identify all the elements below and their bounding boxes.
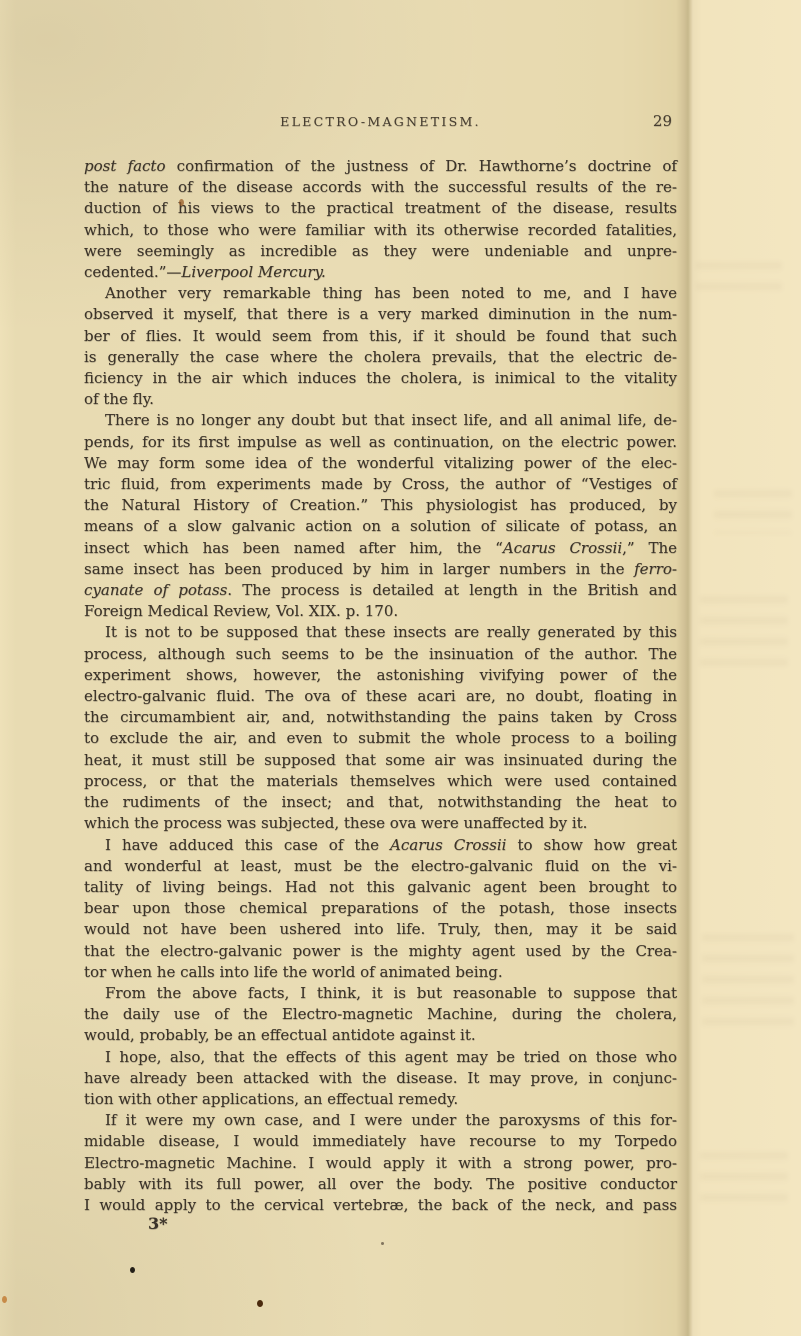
running-header-title: ELECTRO-MAGNETISM. — [84, 114, 677, 129]
text-line: the rudiments of the insect; and that, n… — [84, 792, 677, 813]
text-line: that the electro-galvanic power is the m… — [84, 941, 677, 962]
ink-speck — [2, 1296, 7, 1303]
text-line: midable disease, I would immediately hav… — [84, 1131, 677, 1152]
signature-mark: 3* — [148, 1214, 168, 1233]
text-line: would not have been ushered into life. T… — [84, 919, 677, 940]
text-line: experiment shows, however, the astonishi… — [84, 665, 677, 686]
text-line: which, to those who were familiar with i… — [84, 220, 677, 241]
text-line: Another very remarkable thing has been n… — [84, 283, 677, 304]
text-line: would, probably, be an effectual antidot… — [84, 1025, 677, 1046]
page-number: 29 — [653, 112, 672, 130]
text-line: If it were my own case, and I were under… — [84, 1110, 677, 1131]
text-line: I hope, also, that the effects of this a… — [84, 1047, 677, 1068]
text-line: ficiency in the air which induces the ch… — [84, 368, 677, 389]
bleedthrough-ghost — [700, 596, 788, 666]
text-line: electro-galvanic fluid. The ova of these… — [84, 686, 677, 707]
text-line: heat, it must still be supposed that som… — [84, 750, 677, 771]
text-line: the Natural History of Creation.” This p… — [84, 495, 677, 516]
text-line: the circumambient air, and, notwithstand… — [84, 707, 677, 728]
text-line: I have adduced this case of the Acarus C… — [84, 835, 677, 856]
bleedthrough-ghost — [700, 1152, 788, 1210]
text-line: same insect has been produced by him in … — [84, 559, 677, 580]
text-line: the nature of the disease accords with t… — [84, 177, 677, 198]
text-line: were seemingly as incredible as they wer… — [84, 241, 677, 262]
text-line: tality of living beings. Had not this ga… — [84, 877, 677, 898]
ink-speck — [130, 1267, 135, 1273]
text-line: cedented.”—Liverpool Mercury. — [84, 262, 677, 283]
text-line: ber of flies. It would seem from this, i… — [84, 326, 677, 347]
text-line: means of a slow galvanic action on a sol… — [84, 516, 677, 537]
paragraph: I have adduced this case of the Acarus C… — [84, 835, 677, 983]
text-line: post facto confirmation of the justness … — [84, 156, 677, 177]
text-line: Foreign Medical Review, Vol. XIX. p. 170… — [84, 601, 677, 622]
text-line: have already been attacked with the dise… — [84, 1068, 677, 1089]
text-line: tion with other applications, an effectu… — [84, 1089, 677, 1110]
book-page-scan: ELECTRO-MAGNETISM. 29 post facto confirm… — [0, 0, 801, 1336]
ink-speck — [381, 1242, 384, 1245]
running-header: ELECTRO-MAGNETISM. 29 — [84, 112, 677, 134]
ink-speck — [257, 1300, 263, 1307]
text-line: I would apply to the cervical vertebræ, … — [84, 1195, 677, 1216]
bleedthrough-ghost — [696, 262, 782, 292]
paragraph: There is no longer any doubt but that in… — [84, 410, 677, 622]
bleedthrough-ghost — [702, 934, 794, 1032]
text-line: insect which has been named after him, t… — [84, 538, 677, 559]
text-line: pends, for its first impulse as well as … — [84, 432, 677, 453]
text-line: to exclude the air, and even to submit t… — [84, 728, 677, 749]
text-line: Electro-magnetic Machine. I would apply … — [84, 1153, 677, 1174]
ink-speck — [179, 199, 184, 206]
text-line: bear upon those chemical preparations of… — [84, 898, 677, 919]
text-line: It is not to be supposed that these inse… — [84, 622, 677, 643]
text-line: From the above facts, I think, it is but… — [84, 983, 677, 1004]
text-line: observed it myself, that there is a very… — [84, 304, 677, 325]
text-line: and wonderful at least, must be the elec… — [84, 856, 677, 877]
text-line: of the fly. — [84, 389, 677, 410]
text-line: There is no longer any doubt but that in… — [84, 410, 677, 431]
paragraph: I hope, also, that the effects of this a… — [84, 1047, 677, 1111]
page-body: post facto confirmation of the justness … — [84, 156, 677, 1216]
paragraph: Another very remarkable thing has been n… — [84, 283, 677, 410]
text-line: tric fluid, from experiments made by Cro… — [84, 474, 677, 495]
paragraph: From the above facts, I think, it is but… — [84, 983, 677, 1047]
paragraph: It is not to be supposed that these inse… — [84, 622, 677, 834]
paragraph: If it were my own case, and I were under… — [84, 1110, 677, 1216]
text-line: tor when he calls into life the world of… — [84, 962, 677, 983]
bleedthrough-ghost — [714, 490, 792, 534]
text-line: is generally the case where the cholera … — [84, 347, 677, 368]
text-line: duction of his views to the practical tr… — [84, 198, 677, 219]
text-line: which the process was subjected, these o… — [84, 813, 677, 834]
paragraph: post facto confirmation of the justness … — [84, 156, 677, 283]
text-line: bably with its full power, all over the … — [84, 1174, 677, 1195]
text-line: cyanate of potass. The process is detail… — [84, 580, 677, 601]
text-line: the daily use of the Electro-magnetic Ma… — [84, 1004, 677, 1025]
text-line: process, or that the materials themselve… — [84, 771, 677, 792]
text-line: We may form some idea of the wonderful v… — [84, 453, 677, 474]
text-line: process, although such seems to be the i… — [84, 644, 677, 665]
